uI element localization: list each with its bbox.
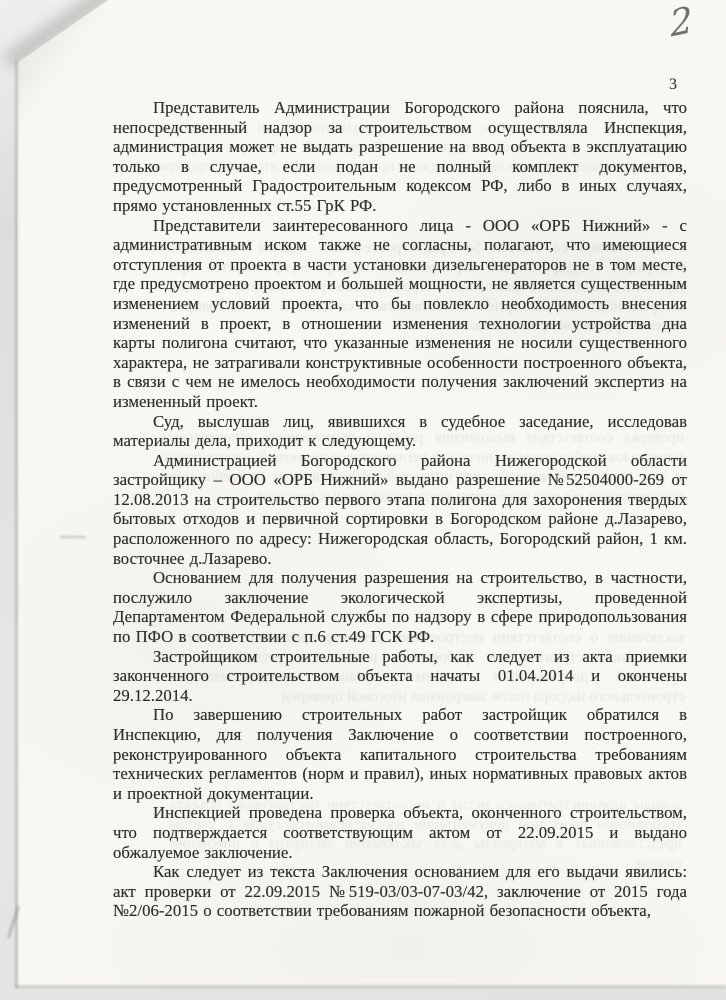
paragraph-conclusion-grounds: Как следует из текста Заключения основан…	[113, 862, 687, 921]
paragraph-court-proceeds: Суд, выслушав лиц, явившихся в судебное …	[113, 412, 687, 451]
paper-left-edge-shadow	[15, 60, 18, 988]
handwritten-mark: 2	[669, 0, 694, 46]
scan-smudge	[60, 536, 86, 538]
paragraph-orb-nizhny-position: Представители заинтересованного лица - О…	[113, 216, 687, 412]
paper-bottom-edge-shadow	[15, 985, 726, 988]
scanned-court-document: { "page": { "page_number": "3", "handwri…	[0, 0, 726, 1000]
paragraph-construction-permit: Администрацией Богородского района Нижег…	[113, 451, 687, 569]
document-body: Представитель Администрации Богородского…	[113, 98, 687, 921]
page-number: 3	[669, 76, 677, 94]
paragraph-works-dates: Застройщиком строительные работы, как сл…	[113, 647, 687, 706]
paragraph-inspection-check: Инспекцией проведена проверка объекта, о…	[113, 803, 687, 862]
paragraph-permit-basis: Основанием для получения разрешения на с…	[113, 568, 687, 646]
paragraph-representative-administration: Представитель Администрации Богородского…	[113, 98, 687, 216]
paragraph-builder-applied: По завершению строительных работ застрой…	[113, 705, 687, 803]
